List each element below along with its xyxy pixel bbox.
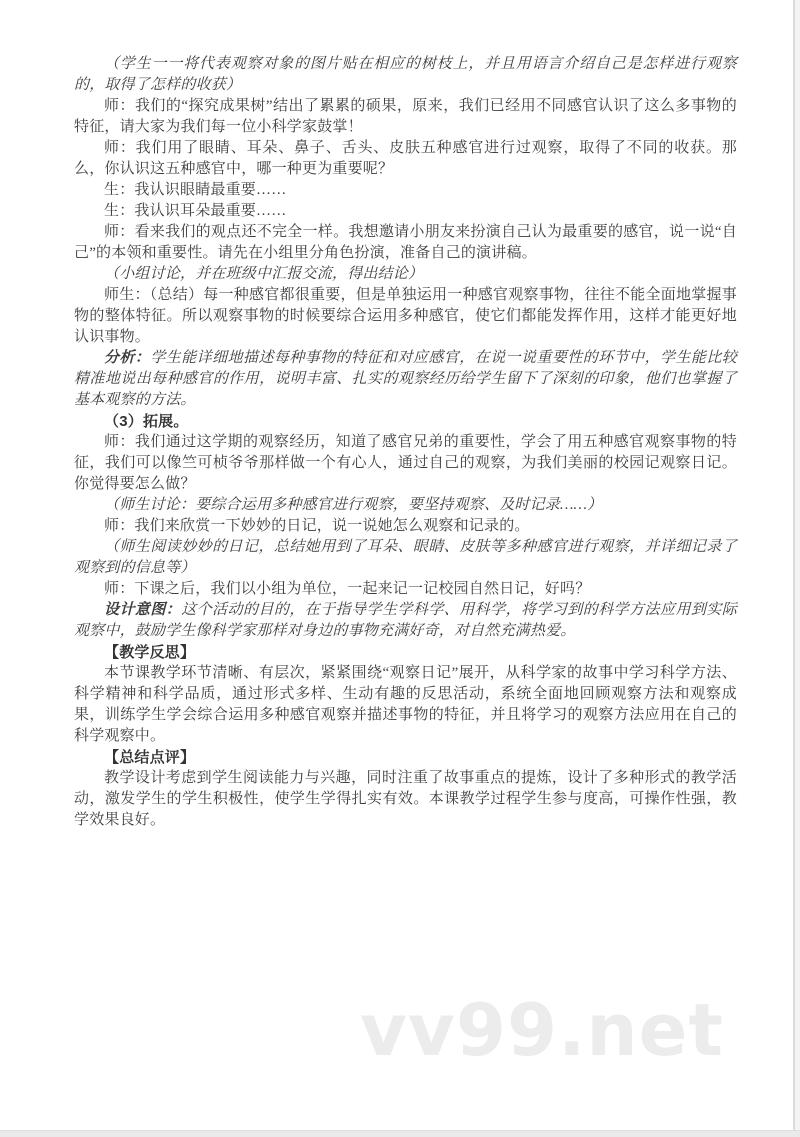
- section-heading: 【教学反思】: [74, 642, 737, 663]
- section-heading: 【总结点评】: [74, 747, 737, 768]
- paragraph: 生：我认识眼睛最重要……: [74, 180, 737, 201]
- document-body: （学生一一将代表观察对象的图片贴在相应的树枝上，并且用语言介绍自己是怎样进行观察…: [74, 54, 737, 831]
- document-page: （学生一一将代表观察对象的图片贴在相应的树枝上，并且用语言介绍自己是怎样进行观察…: [0, 0, 800, 1137]
- paragraph: 师：下课之后，我们以小组为单位，一起来记一记校园自然日记，好吗？: [74, 579, 737, 600]
- paragraph-lead: 分析：: [104, 350, 150, 366]
- paragraph: （师生阅读妙妙的日记，总结她用到了耳朵、眼睛、皮肤等多种感官进行观察，并详细记录…: [74, 537, 737, 579]
- paragraph: 师：我们用了眼睛、耳朵、鼻子、舌头、皮肤五种感官进行过观察，取得了不同的收获。那…: [74, 138, 737, 180]
- page-right-edge: [793, 0, 800, 1131]
- paragraph: 分析：学生能详细地描述每种事物的特征和对应感官，在说一说重要性的环节中，学生能比…: [74, 348, 737, 411]
- paragraph-lead: 设计意图：: [104, 602, 181, 618]
- paragraph: 师：我们的“探究成果树”结出了累累的硕果，原来，我们已经用不同感官认识了这么多事…: [74, 96, 737, 138]
- watermark: vv99.net: [360, 988, 724, 1072]
- page-bottom-strip: [0, 1130, 800, 1137]
- paragraph: （师生讨论：要综合运用多种感官进行观察，要坚持观察、及时记录……）: [74, 495, 737, 516]
- paragraph: 师：我们来欣赏一下妙妙的日记，说一说她怎么观察和记录的。: [74, 516, 737, 537]
- paragraph: 生：我认识耳朵最重要……: [74, 201, 737, 222]
- paragraph: 师：看来我们的观点还不完全一样。我想邀请小朋友来扮演自己认为最重要的感官，说一说…: [74, 222, 737, 264]
- paragraph: （小组讨论，并在班级中汇报交流，得出结论）: [74, 264, 737, 285]
- section-heading: （3）拓展。: [74, 411, 737, 432]
- paragraph: 设计意图：这个活动的目的，在于指导学生学科学、用科学，将学习到的科学方法应用到实…: [74, 600, 737, 642]
- paragraph: 师：我们通过这学期的观察经历，知道了感官兄弟的重要性，学会了用五种感官观察事物的…: [74, 432, 737, 495]
- paragraph: 教学设计考虑到学生阅读能力与兴趣，同时注重了故事重点的提炼，设计了多种形式的教学…: [74, 768, 737, 831]
- paragraph: 师生：（总结）每一种感官都很重要，但是单独运用一种感官观察事物，往往不能全面地掌…: [74, 285, 737, 348]
- paragraph: 本节课教学环节清晰、有层次，紧紧围绕“观察日记”展开，从科学家的故事中学习科学方…: [74, 663, 737, 747]
- paragraph: （学生一一将代表观察对象的图片贴在相应的树枝上，并且用语言介绍自己是怎样进行观察…: [74, 54, 737, 96]
